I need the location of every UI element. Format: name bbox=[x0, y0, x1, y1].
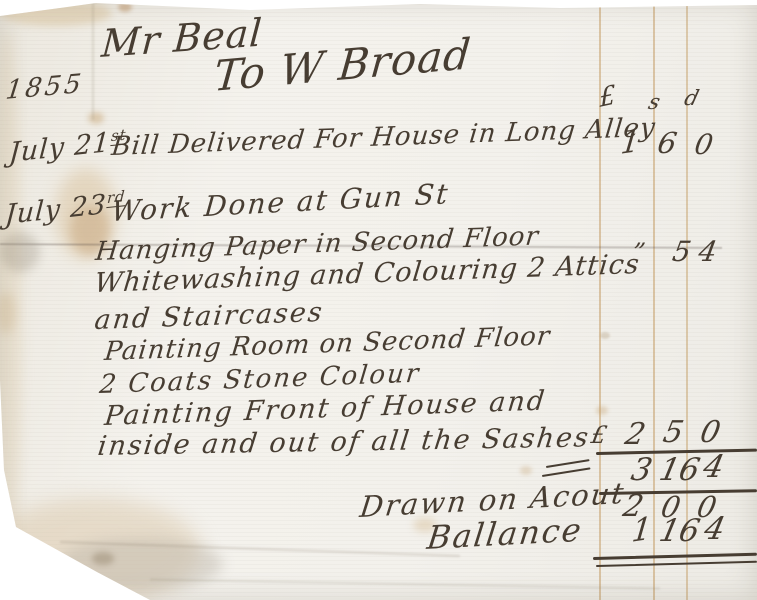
currency-header-pounds: £ bbox=[599, 80, 617, 114]
total-shillings: 16 bbox=[656, 452, 703, 488]
scanned-invoice-1855: Mr Beal To W Broad 1855 £ s d July 21st … bbox=[0, 0, 757, 600]
balance-shillings: 16 bbox=[656, 513, 703, 549]
paper-sheet: Mr Beal To W Broad 1855 £ s d July 21st … bbox=[0, 0, 757, 600]
